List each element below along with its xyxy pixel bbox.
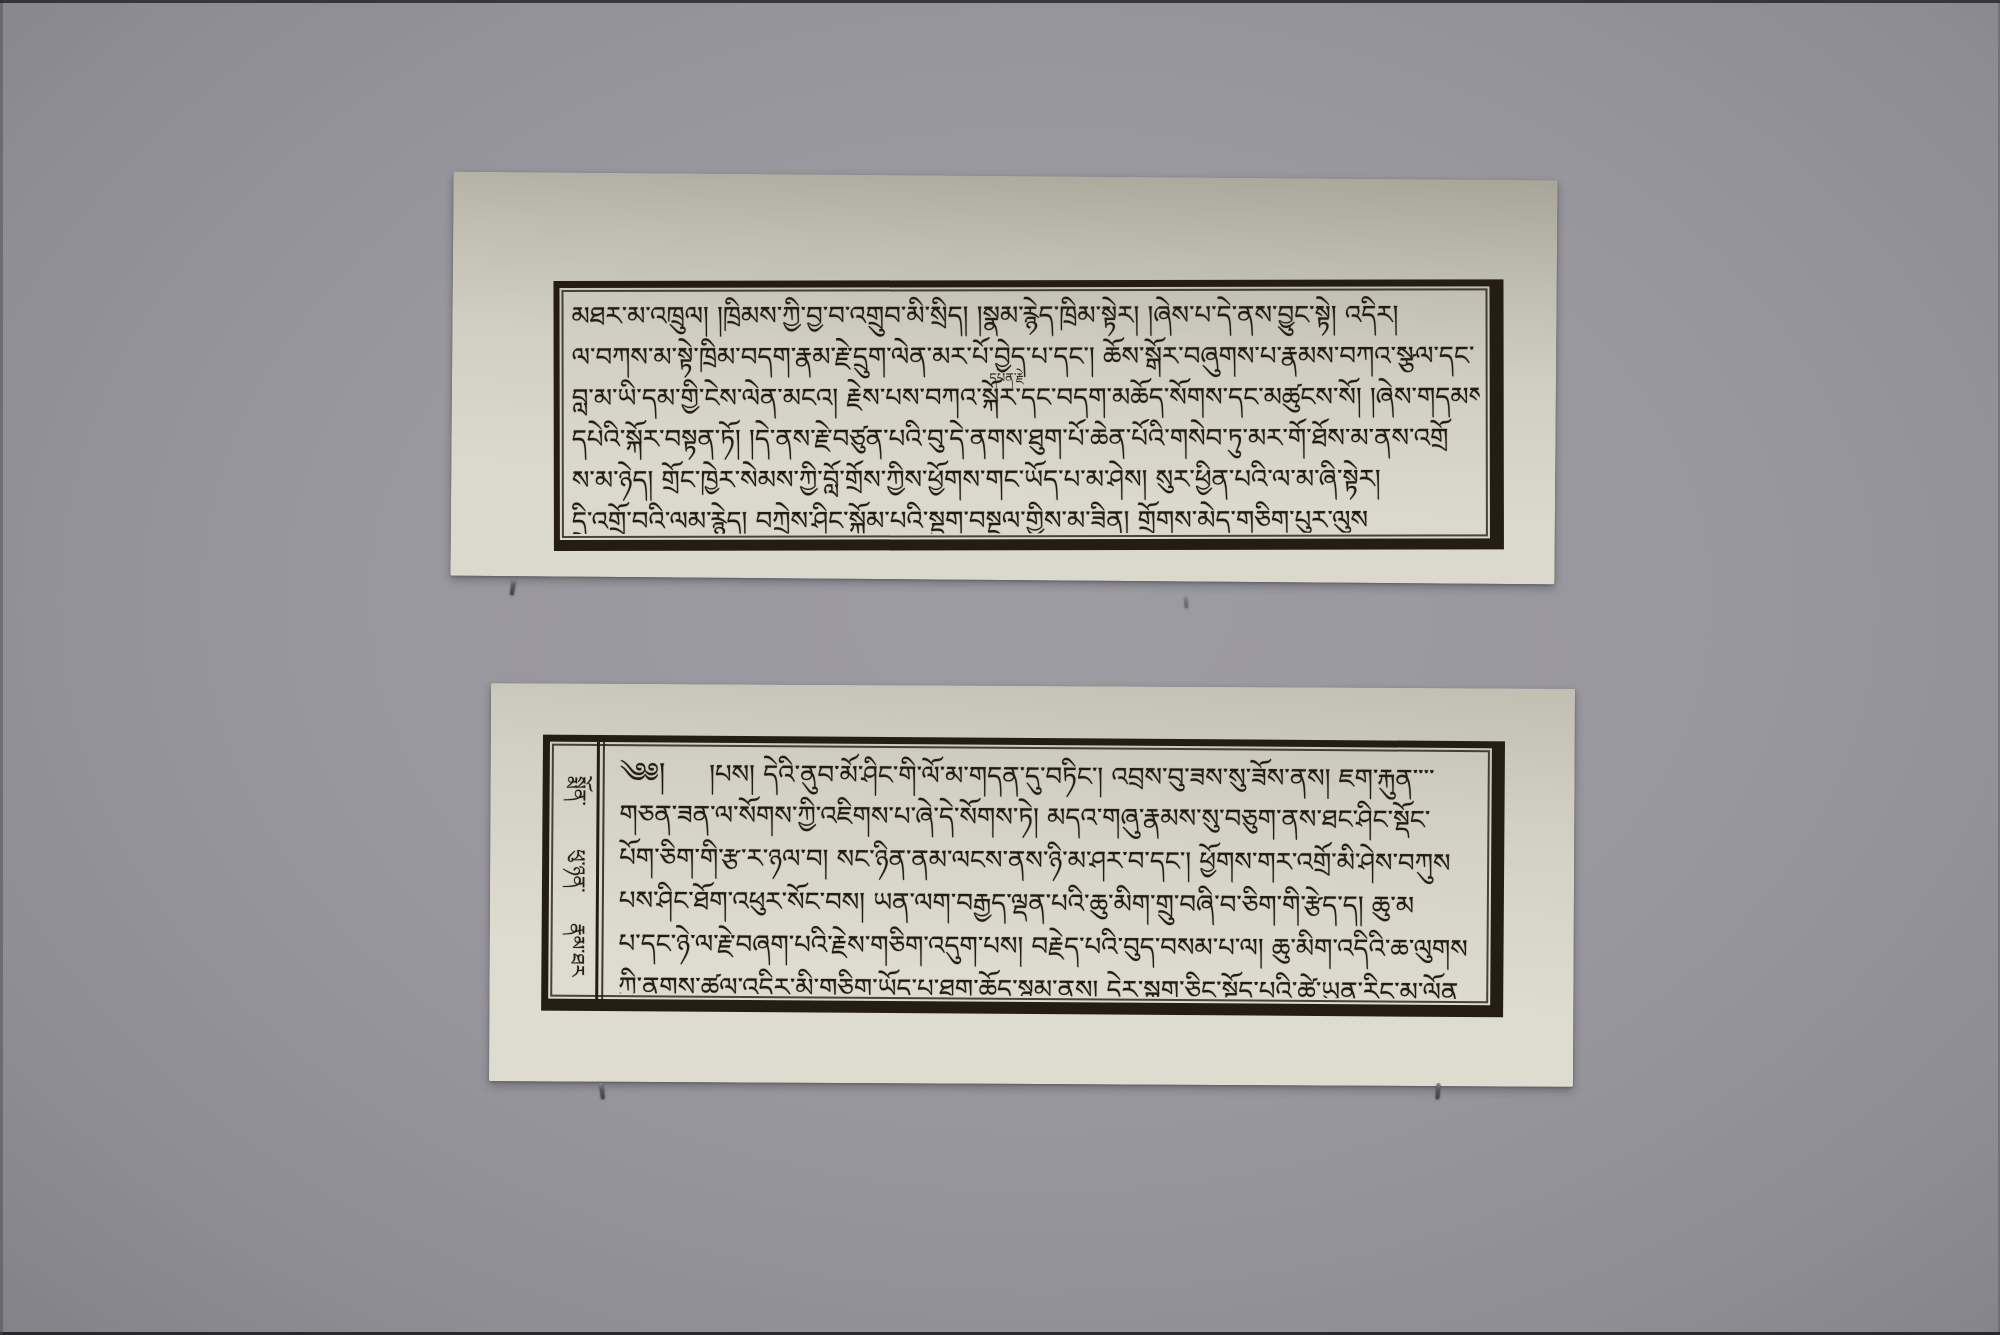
text-line: ༄༅།།པས། དེའི་ནུབ་མོ་ཤིང་གི་ལོ་མ་གདན་དུ་བ… xyxy=(620,751,1482,800)
text-line: བླ་མ་ཡི་དམ་གྱི་ངེས་ལེན་མངའ། རྗེས་པས་བཀའ་… xyxy=(572,377,1480,420)
text-line-content: དྲི་འགྲོ་བའི་ལམ་རྙེད། བཀྲེས་ཤིང་སྐོམ་པའི… xyxy=(572,506,1368,534)
margin-title-text: རྣམ་ཐར xyxy=(545,923,599,977)
text-line-content: དཔེའི་སྐོར་བསྟན་ཏོ། །དེ་ནས་རྗེ་བཙུན་པའི་… xyxy=(572,423,1449,455)
margin-title-item: སྨོན་ xyxy=(558,752,588,830)
interlinear-gloss: དཔོན་རྗེ xyxy=(989,372,1024,385)
margin-title-item: ཕུ་ཉན་ xyxy=(551,831,595,909)
text-line: པ་དང་ཉེ་ལ་རྗེ་བཞག་པའི་རྗེས་གཅིག་འདུག་པས།… xyxy=(618,923,1480,972)
text-line-content: ས་མ་ཉེད། གྲོང་ཁྱེར་སེམས་ཀྱི་བློ་གྲོས་ཀྱི… xyxy=(572,465,1381,496)
text-line: དཔེའི་སྐོར་བསྟན་ཏོ། །དེ་ནས་རྗེ་བཙུན་པའི་… xyxy=(572,418,1480,461)
top-folio: མཐར་མ་འཁྲུལ། །ཁྲིམས་ཀྱི་བྱ་བ་འགྲུབ་མི་སྲ… xyxy=(450,172,1557,585)
text-line-content: མཐར་མ་འཁྲུལ། །ཁྲིམས་ཀྱི་བྱ་བ་འགྲུབ་མི་སྲ… xyxy=(572,301,1399,332)
bottom-folio: སྨོན་ ཕུ་ཉན་ རྣམ་ཐར ༄༅།།པས། དེའི་ནུབ་མོ་… xyxy=(489,683,1575,1087)
text-line: པོག་ཅིག་གི་རྩ་ར་ཉལ་བ། སང་ཉིན་ནམ་ལངས་ནས་ཉ… xyxy=(619,837,1481,886)
yig-mgo-head-mark: ༄༅། xyxy=(620,751,666,794)
text-line: པས་ཤིང་ཐོག་འཕུར་སོང་བས། ཡན་ལག་བརྒྱད་ལྡན་… xyxy=(619,880,1481,929)
text-line-content: པ་དང་ཉེ་ལ་རྗེ་བཞག་པའི་རྗེས་གཅིག་འདུག་པས།… xyxy=(618,929,1467,965)
text-line-content: ལ་བཀས་མ་སྟེ་ཁྲིམ་བདག་རྣམ་རྗེ་དྲུག་ལེན་མར… xyxy=(572,341,1475,373)
top-folio-text-area: མཐར་མ་འཁྲུལ། །ཁྲིམས་ཀྱི་བྱ་བ་འགྲུབ་མི་སྲ… xyxy=(572,295,1480,534)
text-line: ལ་བཀས་མ་སྟེ་ཁྲིམ་བདག་རྣམ་རྗེ་དྲུག་ལེན་མར… xyxy=(572,336,1480,379)
mounting-pin xyxy=(599,1083,605,1099)
margin-title-item: རྣམ་ཐར xyxy=(545,911,599,989)
mounting-pin xyxy=(1435,1083,1440,1099)
text-line: མཐར་མ་འཁྲུལ། །ཁྲིམས་ཀྱི་བྱ་བ་འགྲུབ་མི་སྲ… xyxy=(572,295,1480,338)
margin-title-text: སྨོན་ xyxy=(546,776,600,806)
mounting-pin xyxy=(510,579,516,595)
margin-title-column: སྨོན་ ཕུ་ཉན་ རྣམ་ཐར xyxy=(548,742,600,999)
text-line: ས་མ་ཉེད། གྲོང་ཁྱེར་སེམས་ཀྱི་བློ་གྲོས་ཀྱི… xyxy=(572,459,1480,502)
text-line-content: གཅན་ཟན་ལ་སོགས་ཀྱི་འཇིགས་པ་ཞེ་དེ་སོགས་ཏེ།… xyxy=(619,800,1430,836)
photo-background: མཐར་མ་འཁྲུལ། །ཁྲིམས་ཀྱི་བྱ་བ་འགྲུབ་མི་སྲ… xyxy=(0,0,2000,1335)
top-folio-text-frame: མཐར་མ་འཁྲུལ། །ཁྲིམས་ཀྱི་བྱ་བ་འགྲུབ་མི་སྲ… xyxy=(553,279,1503,551)
text-line: ཀྱི་ནགས་ཚལ་འདིར་མི་གཅིག་ཡོད་པ་ཐག་ཆོད་སྙམ… xyxy=(618,966,1480,999)
mounting-pin xyxy=(1184,596,1189,608)
text-line-content: །པས། དེའི་ནུབ་མོ་ཤིང་གི་ལོ་མ་གདན་དུ་བཏིང… xyxy=(709,760,1435,795)
text-line: དྲི་འགྲོ་བའི་ལམ་རྙེད། བཀྲེས་ཤིང་སྐོམ་པའི… xyxy=(572,500,1480,534)
text-line-content: བླ་མ་ཡི་དམ་གྱི་ངེས་ལེན་མངའ། རྗེས་པས་བཀའ་… xyxy=(572,382,1480,414)
text-line-content: པོག་ཅིག་གི་རྩ་ར་ཉལ་བ། སང་ཉིན་ནམ་ལངས་ནས་ཉ… xyxy=(619,843,1451,879)
text-line: གཅན་ཟན་ལ་སོགས་ཀྱི་འཇིགས་པ་ཞེ་དེ་སོགས་ཏེ།… xyxy=(619,794,1481,843)
text-line-content: པས་ཤིང་ཐོག་འཕུར་སོང་བས། ཡན་ལག་བརྒྱད་ལྡན་… xyxy=(619,886,1414,922)
text-line-content: ཀྱི་ནགས་ཚལ་འདིར་མི་གཅིག་ཡོད་པ་ཐག་ཆོད་སྙམ… xyxy=(618,972,1458,999)
bottom-folio-text-area: ༄༅།།པས། དེའི་ནུབ་མོ་ཤིང་གི་ལོ་མ་གདན་དུ་བ… xyxy=(618,751,1482,999)
margin-title-text: ཕུ་ཉན་ xyxy=(545,849,599,892)
bottom-folio-text-frame: སྨོན་ ཕུ་ཉན་ རྣམ་ཐར ༄༅།།པས། དེའི་ནུབ་མོ་… xyxy=(541,735,1505,1018)
